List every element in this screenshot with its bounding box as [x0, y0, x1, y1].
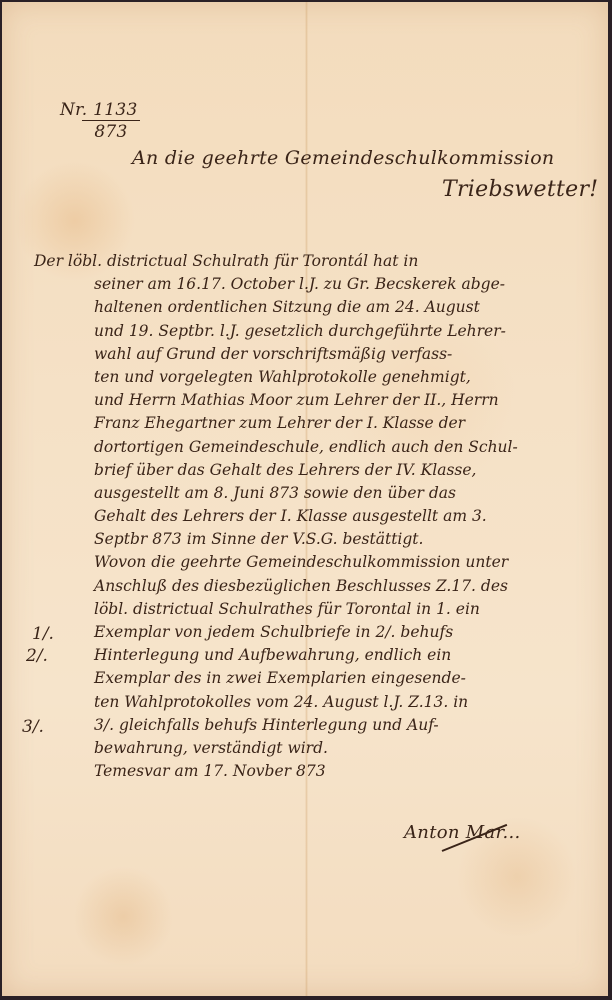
- document-page: Nr. 1133 873 An die geehrte Gemeindeschu…: [2, 2, 608, 996]
- body-line: haltenen ordentlichen Sitzung die am 24.…: [34, 298, 604, 321]
- body-line: Anschluß des diesbezüglichen Beschlusses…: [34, 577, 604, 600]
- body-line: löbl. districtual Schulrathes für Toront…: [34, 600, 604, 623]
- body-line: ten Wahlprotokolles vom 24. August l.J. …: [34, 693, 604, 716]
- body-line: ausgestellt am 8. Juni 873 sowie den übe…: [34, 484, 604, 507]
- body-line: Exemplar von jedem Schulbriefe in 2/. be…: [34, 623, 604, 646]
- address-line-2: Triebswetter!: [442, 177, 598, 202]
- address-line-1: An die geehrte Gemeindeschulkommission: [132, 147, 554, 169]
- body-line: seiner am 16.17. October l.J. zu Gr. Bec…: [34, 275, 604, 298]
- body-line: Septbr 873 im Sinne der V.S.G. bestättig…: [34, 530, 604, 553]
- margin-note-3: 3/.: [22, 717, 44, 737]
- body-line: Der löbl. districtual Schulrath für Toro…: [34, 252, 604, 275]
- body-line: Temesvar am 17. Novber 873: [34, 762, 604, 785]
- body-line: und 19. Septbr. l.J. gesetzlich durchgef…: [34, 322, 604, 345]
- body-line: Gehalt des Lehrers der I. Klasse ausgest…: [34, 507, 604, 530]
- reference-number: Nr. 1133 873: [60, 100, 140, 142]
- body-line: Franz Ehegartner zum Lehrer der I. Klass…: [34, 414, 604, 437]
- body-line: dortortigen Gemeindeschule, endlich auch…: [34, 438, 604, 461]
- body-line: Hinterlegung und Aufbewahrung, endlich e…: [34, 646, 604, 669]
- letter-body: Der löbl. districtual Schulrath für Toro…: [34, 252, 604, 785]
- body-line: wahl auf Grund der vorschriftsmäßig verf…: [34, 345, 604, 368]
- body-line: brief über das Gehalt des Lehrers der IV…: [34, 461, 604, 484]
- body-line: und Herrn Mathias Moor zum Lehrer der II…: [34, 391, 604, 414]
- margin-note-1: 1/.: [32, 624, 54, 644]
- body-line: bewahrung, verständigt wird.: [34, 739, 604, 762]
- margin-note-2: 2/.: [26, 646, 48, 666]
- body-line: Wovon die geehrte Gemeindeschulkommissio…: [34, 553, 604, 576]
- reference-number-value: Nr. 1133: [60, 100, 138, 120]
- body-line: 3/. gleichfalls behufs Hinterlegung und …: [34, 716, 604, 739]
- body-line: Exemplar des in zwei Exemplarien eingese…: [34, 669, 604, 692]
- body-line: ten und vorgelegten Wahlprotokolle geneh…: [34, 368, 604, 391]
- reference-year: 873: [82, 120, 140, 142]
